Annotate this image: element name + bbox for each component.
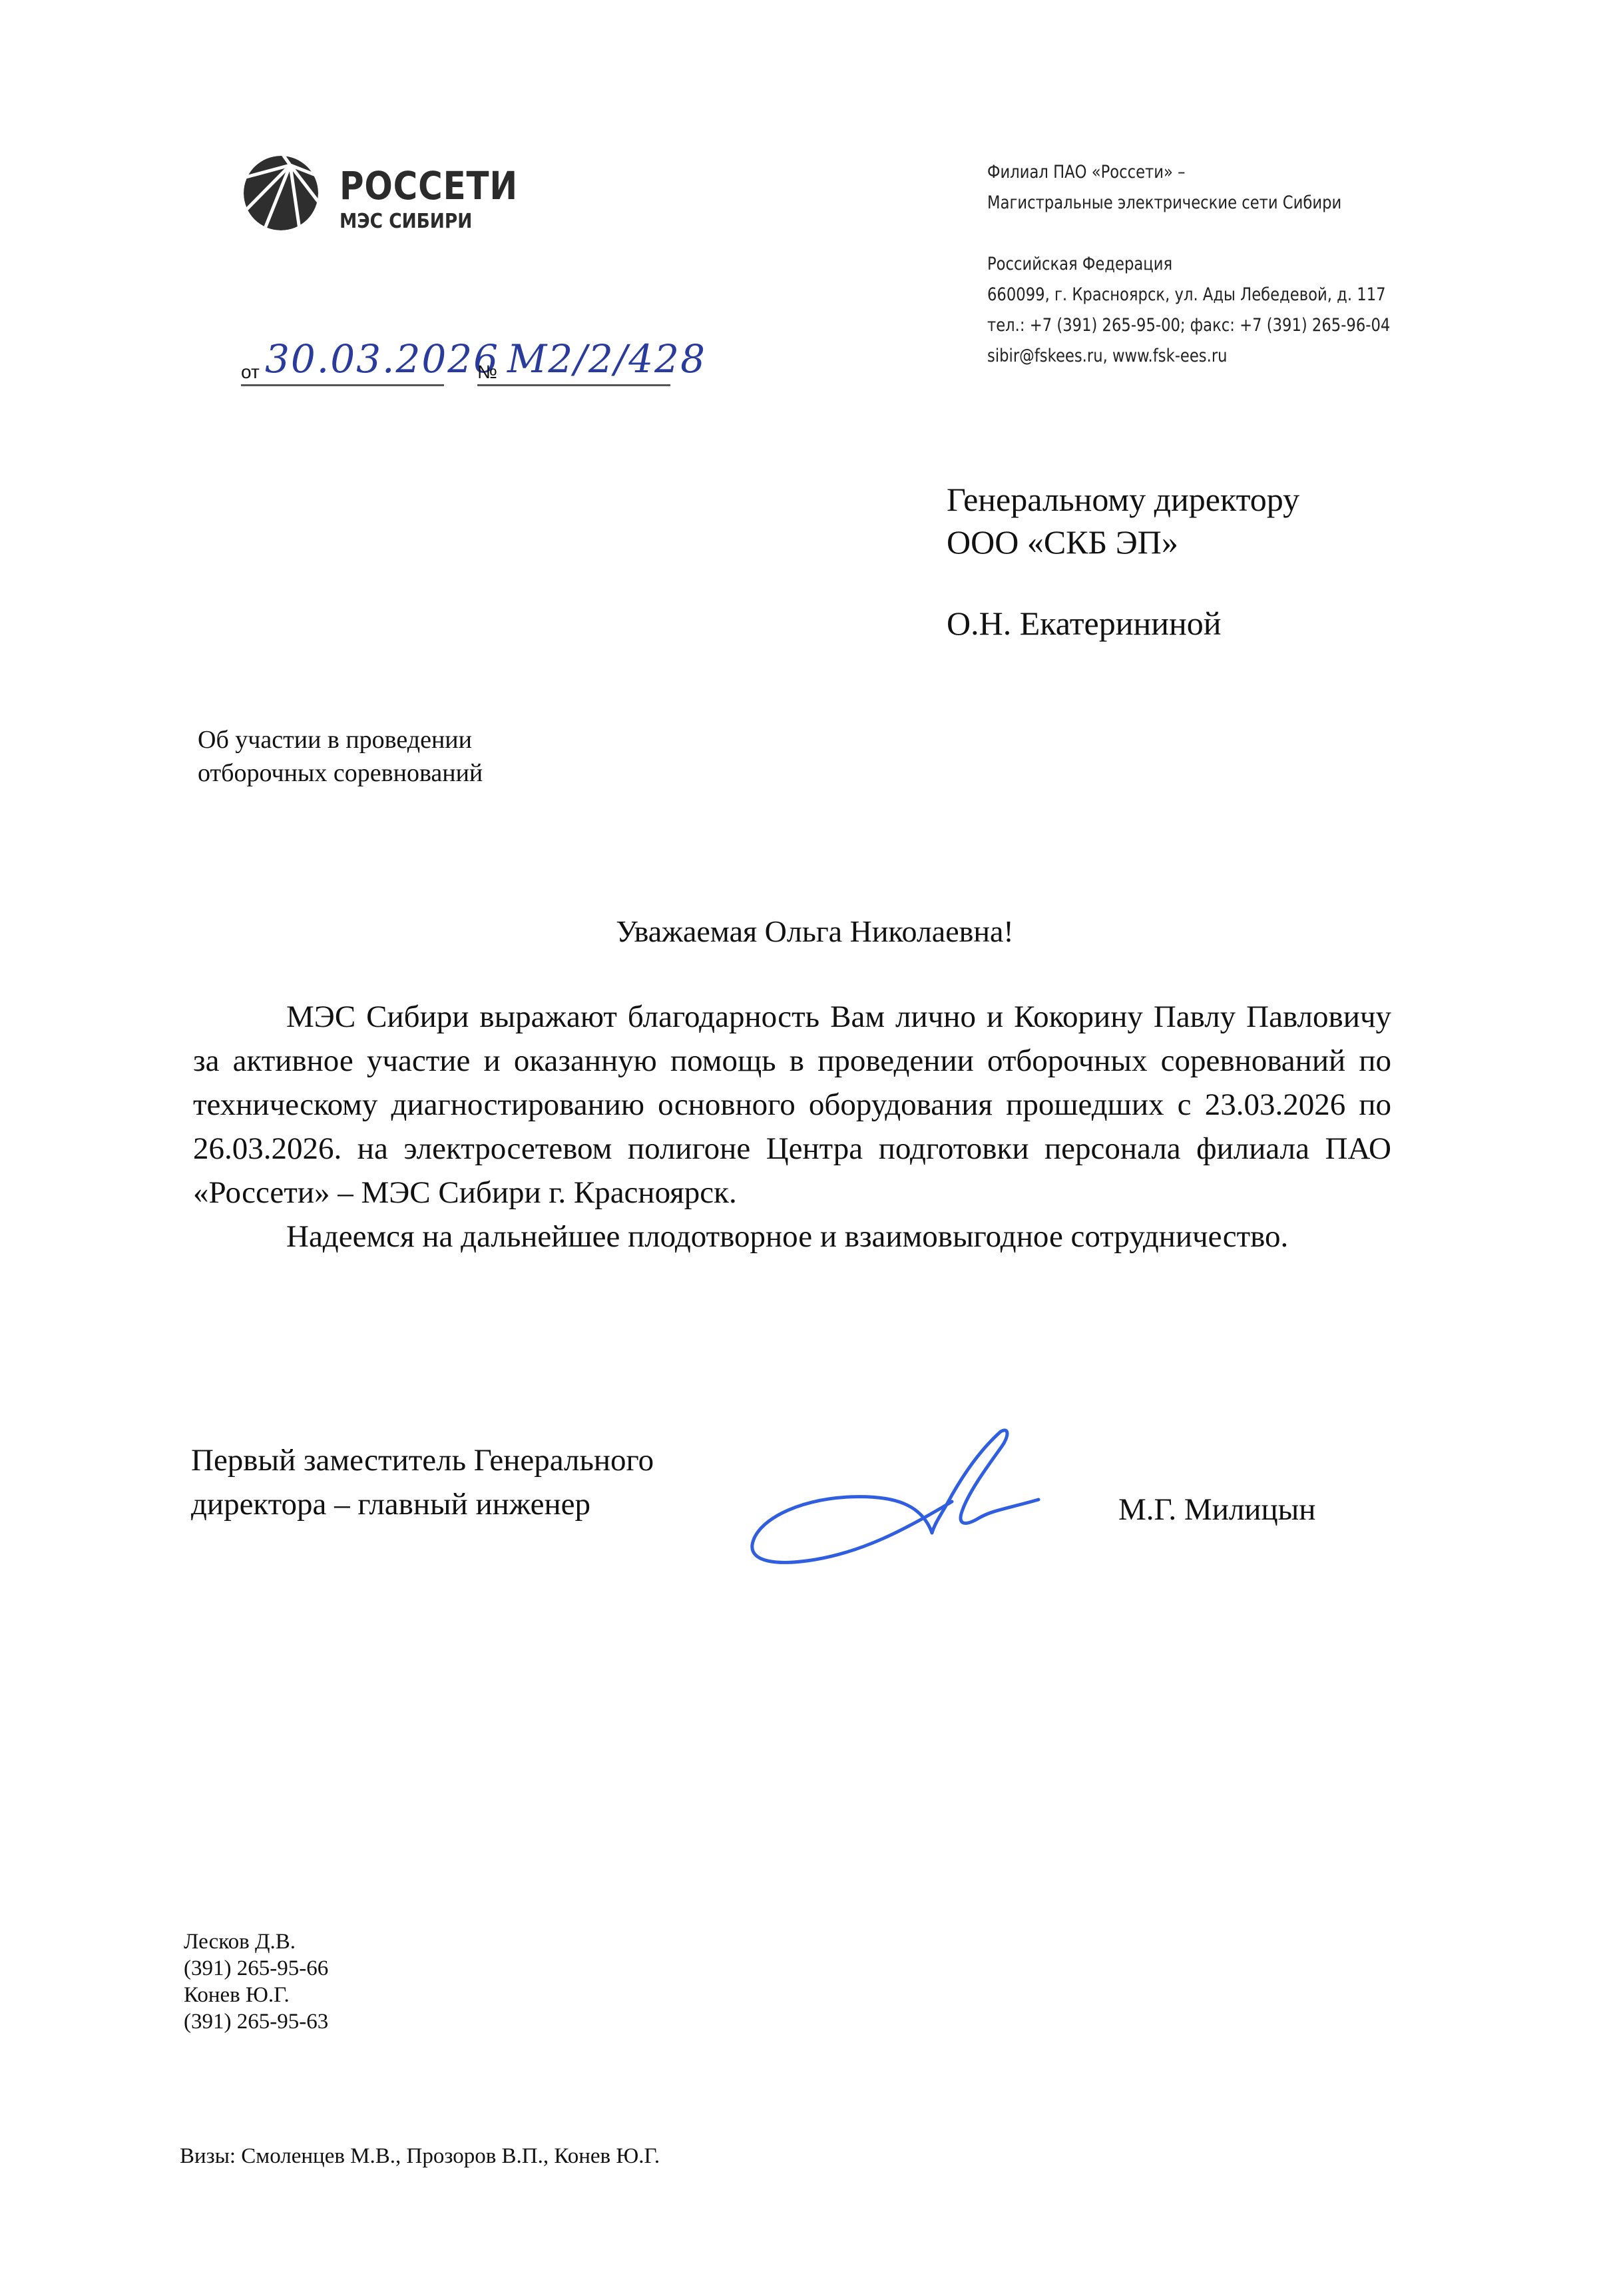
- visas-line: Визы: Смоленцев М.В., Прозоров В.П., Кон…: [180, 2143, 660, 2169]
- sender-web: sibir@fskees.ru, www.fsk-ees.ru: [987, 341, 1412, 372]
- salutation: Уважаемая Ольга Николаевна!: [0, 914, 1603, 949]
- signatory-title-line1: Первый заместитель Генерального: [191, 1438, 654, 1482]
- sender-phones: тел.: +7 (391) 265-95-00; факс: +7 (391)…: [987, 310, 1412, 341]
- signatory-name: М.Г. Милицын: [1118, 1488, 1315, 1532]
- subject-line1: Об участии в проведении: [198, 723, 483, 756]
- rosseti-logo-icon: [241, 152, 321, 232]
- date-label: от: [241, 362, 260, 383]
- sender-org-line1: Филиал ПАО «Россети» –: [987, 157, 1412, 188]
- body-paragraph: МЭС Сибири выражают благодарность Вам ли…: [193, 995, 1391, 1215]
- addressee-block: Генеральному директору ООО «СКБ ЭП» О.Н.…: [947, 478, 1299, 645]
- number-underline: [477, 384, 670, 386]
- sender-info: Филиал ПАО «Россети» – Магистральные эле…: [987, 157, 1412, 372]
- body-paragraph: Надеемся на дальнейшее плодотворное и вз…: [193, 1215, 1391, 1259]
- date-underline: [241, 384, 444, 386]
- addressee-name: О.Н. Екатерининой: [947, 602, 1299, 645]
- executor-contacts: Лесков Д.В. (391) 265-95-66 Конев Ю.Г. (…: [184, 1928, 328, 2035]
- contact-name: Лесков Д.В.: [184, 1928, 328, 1955]
- contact-name: Конев Ю.Г.: [184, 1982, 328, 2008]
- addressee-company: ООО «СКБ ЭП»: [947, 521, 1299, 563]
- sender-address: 660099, г. Красноярск, ул. Ады Лебедевой…: [987, 280, 1412, 310]
- sender-org-line2: Магистральные электрические сети Сибири: [987, 188, 1412, 218]
- signatory-title-line2: директора – главный инженер: [191, 1482, 654, 1526]
- logo-subtitle-text: МЭС СИБИРИ: [340, 212, 472, 232]
- addressee-position: Генеральному директору: [947, 478, 1299, 521]
- contact-phone: (391) 265-95-63: [184, 2008, 328, 2035]
- sender-country: Российская Федерация: [987, 249, 1412, 280]
- signatory-title: Первый заместитель Генерального директор…: [191, 1438, 654, 1526]
- contact-phone: (391) 265-95-66: [184, 1955, 328, 1982]
- logo-brand-text: РОССЕТИ: [340, 166, 518, 205]
- number-label: №: [477, 362, 497, 383]
- letter-subject: Об участии в проведении отборочных сорев…: [198, 723, 483, 790]
- company-logo: РОССЕТИ МЭС СИБИРИ: [241, 152, 521, 238]
- registration-line: от 30.03.2026 № М2/2/428: [241, 336, 747, 396]
- letter-body: МЭС Сибири выражают благодарность Вам ли…: [193, 995, 1391, 1259]
- handwritten-signature-icon: [732, 1412, 1045, 1578]
- subject-line2: отборочных соревнований: [198, 756, 483, 790]
- handwritten-date: 30.03.2026: [265, 336, 499, 382]
- handwritten-number: М2/2/428: [507, 336, 706, 382]
